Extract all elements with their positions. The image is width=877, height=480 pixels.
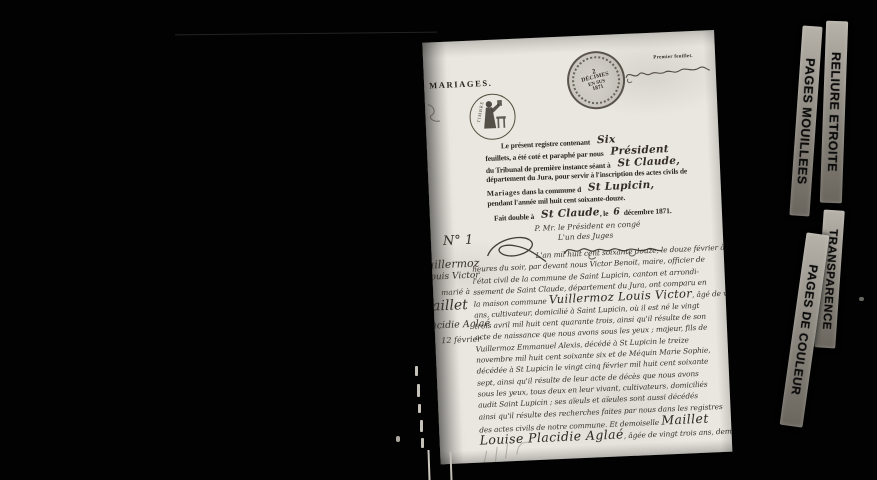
archive-label-text: RELIURE ETROITE <box>825 52 843 172</box>
decimes-stamp-center: 2 DÉCIMES EN SUS 1871 <box>567 51 625 109</box>
archive-label-text: PAGES MOUILLEES <box>795 57 818 184</box>
margin-date: 12 février <box>441 334 481 345</box>
margin-marie-a: marié à <box>441 287 470 297</box>
hw-feuillet-count: Six <box>597 133 616 146</box>
archive-label-text: PAGES DE COULEUR <box>788 264 820 396</box>
binding-stub <box>420 420 423 432</box>
binding-stub <box>418 404 421 413</box>
margin-bride-surname: Maillet <box>422 297 468 315</box>
binding-stub <box>415 366 418 376</box>
archive-label-reliure-etroite: RELIURE ETROITE <box>820 21 848 204</box>
dust-speck <box>396 436 400 442</box>
edge-ink-mark <box>426 100 443 125</box>
binding-stub <box>421 438 424 448</box>
margin-groom-firstnames: Louis Victor <box>424 270 480 282</box>
page-title: MARIAGES. <box>429 78 493 91</box>
archive-label-pages-mouillees: PAGES MOUILLEES <box>789 26 822 217</box>
hw-fait-double-city: St Claude <box>541 206 600 221</box>
microfilm-scan: MARIAGES. TIMBRE 2 DÉCIMES EN SUS 1871 <box>0 0 877 480</box>
declaration-line-7: Fait double àSt Claude, le6décembre 1871… <box>494 204 672 224</box>
hw-day: 6 <box>613 206 620 217</box>
underlying-page-edge <box>427 450 430 480</box>
margin-groom-surname: Vuillermoz <box>422 256 479 272</box>
premier-feuillet-signature <box>621 59 712 87</box>
register-page: MARIAGES. TIMBRE 2 DÉCIMES EN SUS 1871 <box>422 30 732 464</box>
dust-speck <box>859 297 864 301</box>
binding-stub <box>417 384 420 397</box>
timbre-stamp: TIMBRE <box>469 93 517 141</box>
allegory-figure-icon <box>471 95 515 139</box>
decimes-year: 1871 <box>592 85 604 93</box>
hw-commune: St Lupicin, <box>588 179 655 194</box>
decimes-revenue-stamp: 2 DÉCIMES EN SUS 1871 <box>561 45 632 116</box>
marriage-act-text: L'an mil huit cent soixante douze, le do… <box>471 242 719 445</box>
film-scratch <box>175 32 437 36</box>
act-number: N° 1 <box>443 233 474 249</box>
